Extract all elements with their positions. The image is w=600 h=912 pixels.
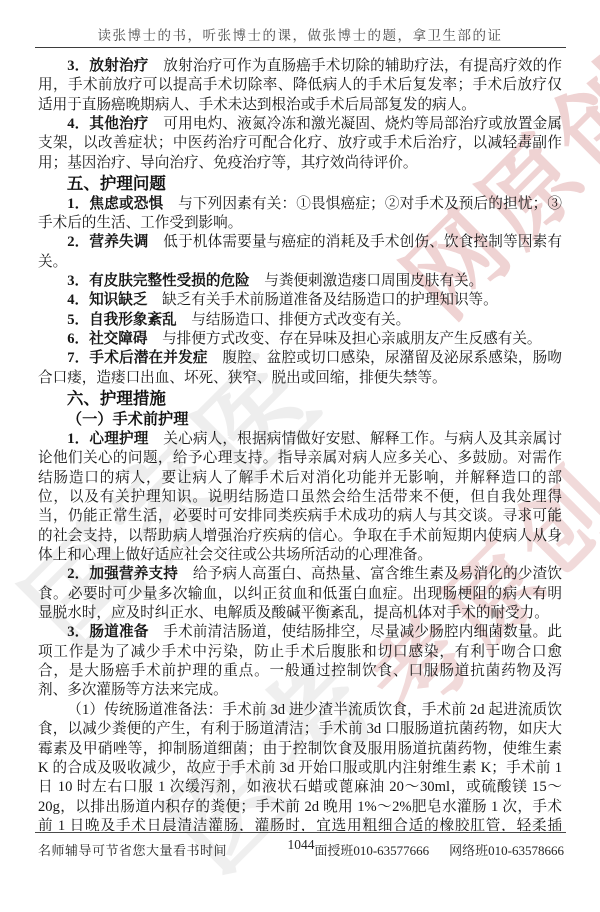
footer-rule [35,832,566,833]
page-number: 1044 [288,837,315,853]
list-item-anxiety: 1．焦虑或恐惧 与下列因素有关：①畏惧癌症；②对手术及预后的担忧；③手术后的生活… [38,195,562,234]
header-motto: 读张博士的书，听张博士的课，做张博士的题，拿卫生部的证 [0,24,600,44]
footer: 名师辅导可节省您大量看书时间 1044 面授班010-63577666 网络班0… [38,837,564,859]
paragraph-label: 2．加强营养支持 [67,566,178,582]
paragraph-other-treatment: 4．其他治疗 可用电灼、液氮冷冻和激光凝固、烧灼等局部治疗或放置金属支架，以改善… [38,115,562,173]
paragraph-label: 2．营养失调 [67,234,148,250]
paragraph-bowel-preparation: 3．肠道准备 手术前清洁肠道，使结肠排空，尽量减少肠腔内细菌数量。此项工作是为了… [38,623,562,700]
header-rule [35,47,566,48]
paragraph-text: 关心病人，根据病情做好安慰、解释工作。与病人及其亲属讨论他们关心的问题，给予心理… [38,431,562,563]
paragraph-text: 缺乏有关手术前肠道准备及结肠造口的护理知识等。 [147,292,497,308]
paragraph-radiotherapy: 3．放射治疗 放射治疗可作为直肠癌手术切除的辅助疗法，有提高疗效的作用，手术前放… [38,57,562,115]
list-item-complications: 7．手术后潜在并发症 腹腔、盆腔或切口感染，尿潴留及泌尿系感染，肠吻合口瘘，造瘘… [38,349,562,388]
paragraph-text: 与粪便刺激造瘘口周围皮肤有关。 [250,273,484,289]
paragraph-text: 与排便方式改变、存在异味及担心亲戚朋友产生反感有关。 [147,331,541,347]
paragraph-label: 3．放射治疗 [67,58,148,74]
paragraph-label: 3．肠道准备 [67,624,148,640]
paragraph-psychological-care: 1．心理护理 关心病人，根据病情做好安慰、解释工作。与病人及其亲属讨论他们关心的… [38,430,562,565]
footer-contact-online: 网络班010-63578666 [449,840,564,859]
list-item-nutrition: 2．营养失调 低于机体需要量与癌症的消耗及手术创伤、饮食控制等因素有关。 [38,233,562,272]
footer-contacts: 面授班010-63577666 网络班010-63578666 [314,840,564,859]
paragraph-label: 6．社交障碍 [67,331,147,347]
section-heading-nursing-problems: 五、护理问题 [38,173,562,195]
paragraph-label: 7．手术后潜在并发症 [67,350,207,366]
list-item-self-image: 5．自我形象紊乱 与结肠造口、排便方式改变有关。 [38,311,562,330]
paragraph-traditional-bowel-prep: （1）传统肠道准备法：手术前 3d 进少渣半流质饮食，手术前 2d 起进流质饮食… [38,701,562,831]
footer-slogan: 名师辅导可节省您大量看书时间 [38,840,227,859]
paragraph-text: （1）传统肠道准备法：手术前 3d 进少渣半流质饮食，手术前 2d 起进流质饮食… [38,702,562,831]
paragraph-label: 5．自我形象紊乱 [67,312,176,328]
section-heading-nursing-measures: 六、护理措施 [38,388,562,410]
list-item-skin-integrity: 3．有皮肤完整性受损的危险 与粪便刺激造瘘口周围皮肤有关。 [38,272,562,291]
paragraph-label: 3．有皮肤完整性受损的危险 [67,273,249,289]
paragraph-label: 4．其他治疗 [67,116,148,132]
list-item-knowledge: 4．知识缺乏 缺乏有关手术前肠道准备及结肠造口的护理知识等。 [38,291,562,310]
paragraph-nutrition-support: 2．加强营养支持 给予病人高蛋白、高热量、富含维生素及易消化的少渣饮食。必要时可… [38,565,562,623]
paragraph-label: 1．焦虑或恐惧 [67,196,163,212]
footer-contact-classroom: 面授班010-63577666 [314,840,429,859]
paragraph-label: 1．心理护理 [67,431,148,447]
paragraph-text: 与结肠造口、排便方式改变有关。 [177,312,411,328]
page-body: 3．放射治疗 放射治疗可作为直肠癌手术切除的辅助疗法，有提高疗效的作用，手术前放… [38,57,562,831]
paragraph-label: 4．知识缺乏 [67,292,147,308]
subsection-heading-preoperative: （一）手术前护理 [38,410,562,431]
list-item-social: 6．社交障碍 与排便方式改变、存在异味及担心亲戚朋友产生反感有关。 [38,330,562,349]
